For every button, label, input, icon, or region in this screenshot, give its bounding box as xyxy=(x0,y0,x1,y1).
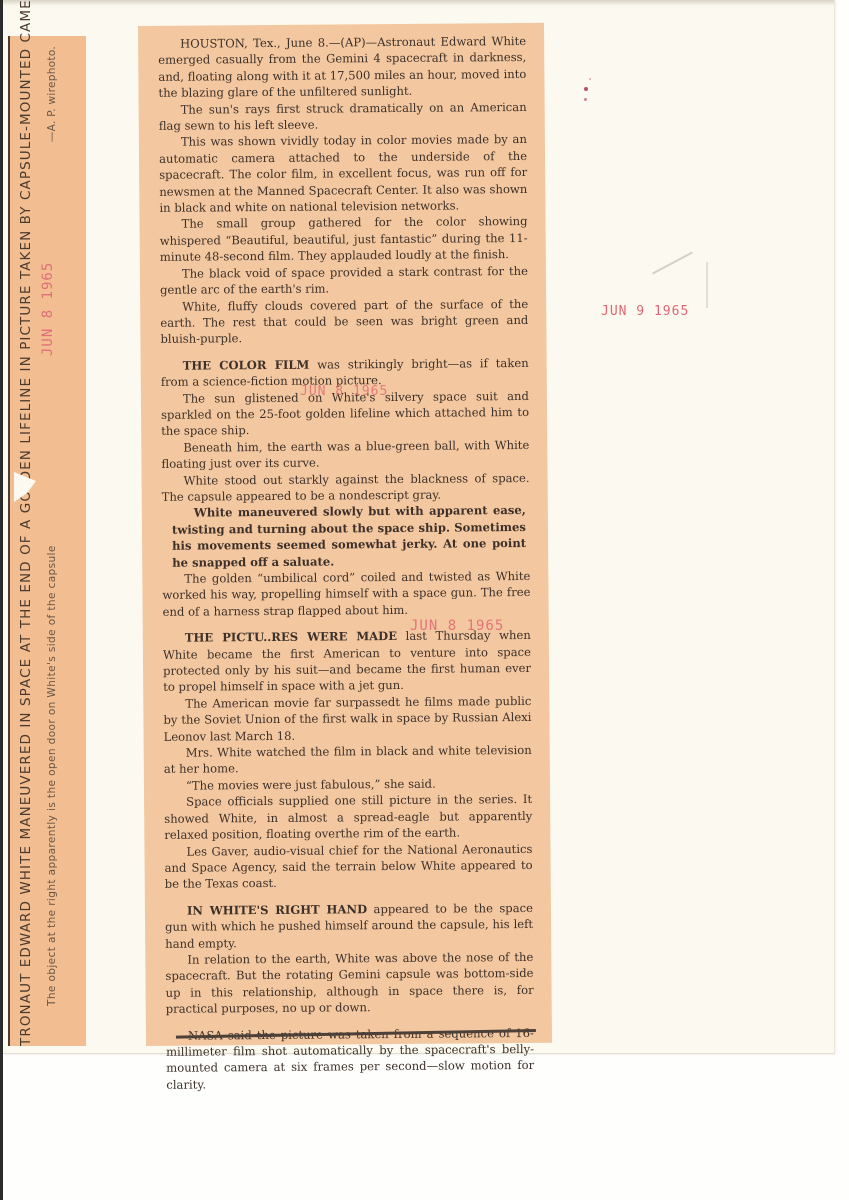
article-paragraph: The sun's rays first struck dramatically… xyxy=(159,99,527,135)
photo-caption-strip: TRONAUT EDWARD WHITE MANEUVERED IN SPACE… xyxy=(8,36,86,1046)
article-paragraph: IN WHITE'S RIGHT HAND appeared to be the… xyxy=(165,900,533,952)
date-stamp-article-upper: JUN 8 1965 xyxy=(300,384,388,399)
paragraph-text: HOUSTON, Tex., June 8.—(AP)—Astronaut Ed… xyxy=(158,34,526,100)
article-paragraph: In relation to the earth, White was abov… xyxy=(165,949,534,1018)
article-paragraph: HOUSTON, Tex., June 8.—(AP)—Astronaut Ed… xyxy=(158,33,527,102)
article-paragraph: Mrs. White watched the film in black and… xyxy=(164,742,532,778)
paragraph-text: Les Gaver, audio-visual chief for the Na… xyxy=(165,841,533,891)
article-paragraph: Beneath him, the earth was a blue-green … xyxy=(161,437,529,473)
paragraph-text: Mrs. White watched the film in black and… xyxy=(164,743,532,776)
paragraph-text: In relation to the earth, White was abov… xyxy=(165,950,533,1016)
article-paragraph: The American movie far surpassedt he fil… xyxy=(163,693,531,745)
section-kicker: IN WHITE'S RIGHT HAND xyxy=(187,902,367,917)
article-paragraph: The golden “umbilical cord” coiled and t… xyxy=(162,568,530,620)
article-body: HOUSTON, Tex., June 8.—(AP)—Astronaut Ed… xyxy=(158,33,534,1093)
article-paragraph: White maneuvered slowly but with apparen… xyxy=(162,502,531,571)
caption-rotated-block: TRONAUT EDWARD WHITE MANEUVERED IN SPACE… xyxy=(10,36,86,1046)
article-paragraph: Space officials supplied one still pictu… xyxy=(164,791,532,843)
article-paragraph: Les Gaver, audio-visual chief for the Na… xyxy=(164,840,532,892)
paragraph-text: The American movie far surpassedt he fil… xyxy=(163,694,531,744)
paragraph-text: Space officials supplied one still pictu… xyxy=(164,792,532,842)
paragraph-text: White stood out starkly against the blac… xyxy=(162,471,530,504)
caption-date-stamp: JUN 8 1965 xyxy=(40,262,56,356)
paragraph-text: White maneuvered slowly but with apparen… xyxy=(172,503,526,569)
paragraph-text: “The movies were just fabulous,” she sai… xyxy=(186,777,436,793)
paragraph-text: This was shown vividly today in color mo… xyxy=(159,132,527,215)
news-clipping: HOUSTON, Tex., June 8.—(AP)—Astronaut Ed… xyxy=(138,23,552,1046)
date-stamp-article-lower: JUN 8 1965 xyxy=(410,618,504,634)
paragraph-text: The sun's rays first struck dramatically… xyxy=(159,100,527,133)
article-paragraph: THE PICTU..RES WERE MADE last Thursday w… xyxy=(163,627,532,696)
ink-dot xyxy=(584,98,587,101)
section-kicker: THE COLOR FILM xyxy=(183,357,310,372)
section-kicker: THE PICTU..RES WERE MADE xyxy=(185,629,397,645)
paragraph-text: White, fluffy clouds covered part of the… xyxy=(160,296,528,346)
article-paragraph: This was shown vividly today in color mo… xyxy=(159,131,528,216)
paragraph-text: The small group gathered for the color s… xyxy=(160,214,528,264)
caption-headline: TRONAUT EDWARD WHITE MANEUVERED IN SPACE… xyxy=(18,36,34,1046)
paragraph-text: The black void of space provided a stark… xyxy=(160,264,528,297)
pencil-mark xyxy=(706,262,708,308)
paragraph-text: The golden “umbilical cord” coiled and t… xyxy=(162,569,530,619)
caption-subtext: The object at the right apparently is th… xyxy=(46,106,58,1006)
article-paragraph: The small group gathered for the color s… xyxy=(159,213,527,265)
paragraph-text: Beneath him, the earth was a blue-green … xyxy=(161,438,529,471)
article-paragraph: The black void of space provided a stark… xyxy=(160,263,528,299)
date-stamp-board: JUN 9 1965 xyxy=(601,304,689,319)
mount-board-shadow xyxy=(3,0,834,6)
ink-dot xyxy=(589,78,591,80)
article-paragraph: White stood out starkly against the blac… xyxy=(162,470,530,506)
caption-credit: —A. P. wirephoto. xyxy=(46,46,58,142)
ink-dot xyxy=(584,87,588,91)
article-paragraph: White, fluffy clouds covered part of the… xyxy=(160,295,528,347)
